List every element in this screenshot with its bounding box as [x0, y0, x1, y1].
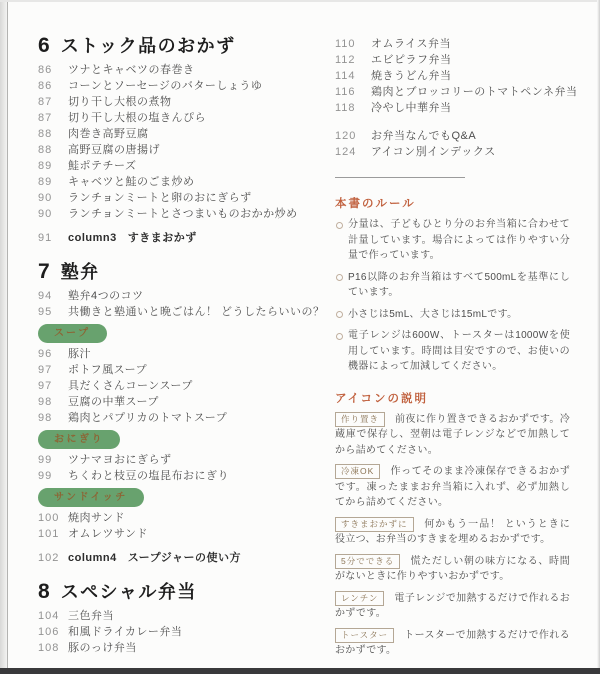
- entry-title: 共働きと塾通いと晩ごはん！ どうしたらいいの？: [68, 304, 325, 320]
- page-number: 94: [38, 288, 68, 304]
- toc-entry: 98豆腐の中華スープ: [38, 394, 326, 410]
- page-number: 106: [38, 624, 68, 640]
- toc-entry: 87切り干し大根の煮物: [38, 94, 326, 110]
- page-number: 96: [38, 346, 68, 362]
- toc-entry: 86ツナとキャベツの春巻き: [38, 62, 326, 78]
- toc-entry: 90ランチョンミートと卵のおにぎらず: [38, 190, 326, 206]
- page-edge-left: [0, 0, 8, 674]
- page-number: 104: [38, 608, 68, 624]
- toc-entry: 88肉巻き高野豆腐: [38, 126, 326, 142]
- sandwich-entries: 100焼肉サンド 101オムレツサンド: [38, 510, 326, 542]
- page-number: 87: [38, 94, 68, 110]
- page-number: 86: [38, 78, 68, 94]
- page-number: 86: [38, 62, 68, 78]
- toc-entry: 104三色弁当: [38, 608, 326, 624]
- icons-heading: アイコンの説明: [335, 390, 570, 406]
- toc-entry: 89キャベツと鮭のごま炒め: [38, 174, 326, 190]
- five-minute-tag-icon: 5分でできる: [335, 554, 400, 569]
- entry-title: エビピラフ弁当: [371, 52, 452, 68]
- entry-title: 豆腐の中華スープ: [68, 394, 159, 410]
- column-title: スープジャーの使い方: [128, 550, 241, 566]
- page-number: 102: [38, 550, 68, 566]
- entry-title: 切り干し大根の煮物: [68, 94, 172, 110]
- toc-entry: 106和風ドライカレー弁当: [38, 624, 326, 640]
- spacer: [335, 116, 570, 128]
- entry-title: 豚汁: [68, 346, 91, 362]
- toc-entry: 90ランチョンミートとさつまいものおかか炒め: [38, 206, 326, 222]
- rule-text: 小さじは5mL、大さじは15mLです。: [348, 309, 517, 320]
- book-rules-section: 本書のルール 分量は、子どもひとり分のお弁当箱に合わせて計量しています。場合によ…: [335, 195, 570, 375]
- toc-entry: 87切り干し大根の塩きんぴら: [38, 110, 326, 126]
- bento-entries: 110オムライス弁当 112エビピラフ弁当 114焼きうどん弁当 116鶏肉とブ…: [335, 36, 570, 116]
- entry-title: キャベツと鮭のごま炒め: [68, 174, 195, 190]
- chapter-title: ストック品のおかず: [61, 32, 236, 58]
- toc-entry: 116鶏肉とブロッコリーのトマトペンネ弁当: [335, 84, 570, 100]
- entry-title: 鶏肉とブロッコリーのトマトペンネ弁当: [371, 84, 577, 100]
- page-number: 101: [38, 526, 68, 542]
- circle-bullet-icon: [336, 333, 343, 340]
- toc-entry: 86コーンとソーセージのバターしょうゆ: [38, 78, 326, 94]
- rule-text: P16以降のお弁当箱はすべて500mLを基準にしています。: [348, 272, 570, 299]
- icon-legend-item: レンチン電子レンジで加熱するだけで作れるおかずです。: [335, 591, 570, 622]
- page-number: 124: [335, 144, 371, 160]
- toc-entry: 89鮭ポテチーズ: [38, 158, 326, 174]
- toc-entry: 99ちくわと枝豆の塩昆布おにぎり: [38, 468, 326, 484]
- page-number: 90: [38, 206, 68, 222]
- page-number: 87: [38, 110, 68, 126]
- entry-title: 和風ドライカレー弁当: [68, 624, 182, 640]
- page-number: 116: [335, 84, 371, 100]
- entry-title: 豚のっけ弁当: [68, 640, 137, 656]
- entry-title: ちくわと枝豆の塩昆布おにぎり: [68, 468, 229, 484]
- rule-item: 分量は、子どもひとり分のお弁当箱に合わせて計量しています。場合によっては作りやす…: [335, 217, 570, 264]
- entry-title: 塾弁4つのコツ: [68, 288, 144, 304]
- toc-entry: 112エビピラフ弁当: [335, 52, 570, 68]
- page-number: 112: [335, 52, 371, 68]
- page-number: 118: [335, 100, 371, 116]
- chapter-8-entries: 104三色弁当 106和風ドライカレー弁当 108豚のっけ弁当: [38, 608, 326, 656]
- toc-entry: 124アイコン別インデックス: [335, 144, 570, 160]
- chapter-title: 塾弁: [61, 258, 100, 284]
- icon-legend-item: 5分でできる慌ただしい朝の味方になる、時間がないときに作りやすいおかずです。: [335, 554, 570, 585]
- icon-legend-item: すきまおかずに何かもう一品！ というときに役立つ、お弁当のすきまを埋めるおかずで…: [335, 517, 570, 548]
- rule-text: 分量は、子どもひとり分のお弁当箱に合わせて計量しています。場合によっては作りやす…: [348, 219, 570, 261]
- circle-bullet-icon: [336, 311, 343, 318]
- category-pill-sandwich: サンドイッチ: [38, 488, 144, 507]
- rule-item: 小さじは5mL、大さじは15mLです。: [335, 307, 570, 323]
- entry-title: 高野豆腐の唐揚げ: [68, 142, 160, 158]
- entry-title: 鮭ポテチーズ: [68, 158, 136, 174]
- toc-entry: 101オムレツサンド: [38, 526, 326, 542]
- page-number: 89: [38, 174, 68, 190]
- chapter-6-entries: 86ツナとキャベツの春巻き 86コーンとソーセージのバターしょうゆ 87切り干し…: [38, 62, 326, 222]
- entry-title: 冷やし中華弁当: [371, 100, 452, 116]
- page-edge-bottom: [0, 668, 600, 674]
- column-note-4: 102 column4 スープジャーの使い方: [38, 550, 326, 566]
- page-number: 110: [335, 36, 371, 52]
- column-tag: column3: [68, 230, 117, 246]
- column-title: すきまおかず: [128, 230, 197, 246]
- entry-title: アイコン別インデックス: [371, 144, 496, 160]
- entry-title: 具だくさんコーンスープ: [68, 378, 193, 394]
- page-number: 98: [38, 394, 68, 410]
- soup-entries: 96豚汁 97ポトフ風スープ 97具だくさんコーンスープ 98豆腐の中華スープ …: [38, 346, 326, 426]
- toc-entry: 95共働きと塾通いと晩ごはん！ どうしたらいいの？: [38, 304, 326, 320]
- toaster-tag-icon: トースター: [335, 628, 394, 643]
- page-number: 91: [38, 230, 68, 246]
- onigiri-entries: 99ツナマヨおにぎらず 99ちくわと枝豆の塩昆布おにぎり: [38, 452, 326, 484]
- toc-entry: 96豚汁: [38, 346, 326, 362]
- icon-legend-item: 作り置き前夜に作り置きできるおかずです。冷蔵庫で保存し、翌朝は電子レンジなどで加…: [335, 412, 570, 459]
- page-number: 98: [38, 410, 68, 426]
- page-number: 97: [38, 378, 68, 394]
- toc-entry: 88高野豆腐の唐揚げ: [38, 142, 326, 158]
- category-pill-onigiri: おにぎり: [38, 430, 120, 449]
- toc-entry: 97具だくさんコーンスープ: [38, 378, 326, 394]
- chapter-number: 6: [38, 34, 50, 58]
- section-divider: [335, 177, 465, 178]
- rules-heading: 本書のルール: [335, 195, 570, 211]
- page-number: 97: [38, 362, 68, 378]
- entry-title: ポトフ風スープ: [68, 362, 147, 378]
- icon-legend-item: トースタートースターで加熱するだけで作れるおかずです。: [335, 628, 570, 659]
- page-number: 120: [335, 128, 371, 144]
- toc-entry: 120お弁当なんでもQ&A: [335, 128, 570, 144]
- page-number: 100: [38, 510, 68, 526]
- book-toc-page: 6 ストック品のおかず 86ツナとキャベツの春巻き 86コーンとソーセージのバタ…: [0, 0, 600, 674]
- page-number: 88: [38, 142, 68, 158]
- microwave-tag-icon: レンチン: [335, 591, 384, 606]
- rule-item: P16以降のお弁当箱はすべて500mLを基準にしています。: [335, 270, 570, 301]
- entry-title: お弁当なんでもQ&A: [371, 128, 476, 144]
- entry-title: 焼きうどん弁当: [371, 68, 452, 84]
- chapter-7-entries: 94塾弁4つのコツ 95共働きと塾通いと晩ごはん！ どうしたらいいの？: [38, 288, 326, 320]
- toc-entry: 99ツナマヨおにぎらず: [38, 452, 326, 468]
- entry-title: 切り干し大根の塩きんぴら: [68, 110, 206, 126]
- chapter-heading-7: 7 塾弁: [38, 258, 326, 284]
- column-tag: column4: [68, 550, 117, 566]
- entry-title: ランチョンミートと卵のおにぎらず: [68, 190, 252, 206]
- page-number: 88: [38, 126, 68, 142]
- page-edge-top: [0, 0, 600, 2]
- column-note-3: 91 column3 すきまおかず: [38, 230, 326, 246]
- entry-title: 焼肉サンド: [68, 510, 125, 526]
- icon-legend-section: アイコンの説明 作り置き前夜に作り置きできるおかずです。冷蔵庫で保存し、翌朝は電…: [335, 390, 570, 659]
- entry-title: ツナマヨおにぎらず: [68, 452, 172, 468]
- entry-title: ランチョンミートとさつまいものおかか炒め: [68, 206, 298, 222]
- page-number: 89: [38, 158, 68, 174]
- chapter-heading-6: 6 ストック品のおかず: [38, 32, 326, 58]
- page-number: 99: [38, 468, 68, 484]
- toc-entry: 118冷やし中華弁当: [335, 100, 570, 116]
- page-number: 114: [335, 68, 371, 84]
- toc-entry: 94塾弁4つのコツ: [38, 288, 326, 304]
- page-number: 99: [38, 452, 68, 468]
- rule-text: 電子レンジは600W、トースターは1000Wを使用しています。時間は目安ですので…: [348, 330, 570, 372]
- page-number: 108: [38, 640, 68, 656]
- toc-entry: 110オムライス弁当: [335, 36, 570, 52]
- rule-item: 電子レンジは600W、トースターは1000Wを使用しています。時間は目安ですので…: [335, 328, 570, 375]
- entry-title: コーンとソーセージのバターしょうゆ: [68, 78, 262, 94]
- toc-entry: 100焼肉サンド: [38, 510, 326, 526]
- gap-filler-tag-icon: すきまおかずに: [335, 517, 414, 532]
- entry-title: 鶏肉とパプリカのトマトスープ: [68, 410, 227, 426]
- toc-entry: 98鶏肉とパプリカのトマトスープ: [38, 410, 326, 426]
- chapter-number: 7: [38, 260, 50, 284]
- make-ahead-tag-icon: 作り置き: [335, 412, 385, 427]
- entry-title: オムライス弁当: [371, 36, 451, 52]
- entry-title: オムレツサンド: [68, 526, 148, 542]
- circle-bullet-icon: [336, 274, 343, 281]
- back-matter-entries: 120お弁当なんでもQ&A 124アイコン別インデックス: [335, 128, 570, 160]
- category-pill-soup: スープ: [38, 324, 107, 343]
- circle-bullet-icon: [336, 222, 343, 229]
- page-number: 90: [38, 190, 68, 206]
- chapter-title: スペシャル弁当: [61, 578, 197, 604]
- toc-right-column: 110オムライス弁当 112エビピラフ弁当 114焼きうどん弁当 116鶏肉とブ…: [335, 36, 570, 659]
- toc-entry: 114焼きうどん弁当: [335, 68, 570, 84]
- icon-legend-item: 冷凍OK作ってそのまま冷凍保存できるおかずです。凍ったままお弁当箱に入れず、必ず…: [335, 464, 570, 511]
- page-number: 95: [38, 304, 68, 320]
- chapter-heading-8: 8 スペシャル弁当: [38, 578, 326, 604]
- toc-left-column: 6 ストック品のおかず 86ツナとキャベツの春巻き 86コーンとソーセージのバタ…: [38, 32, 326, 656]
- entry-title: 肉巻き高野豆腐: [68, 126, 149, 142]
- chapter-number: 8: [38, 580, 50, 604]
- freezer-ok-tag-icon: 冷凍OK: [335, 464, 380, 479]
- toc-entry: 108豚のっけ弁当: [38, 640, 326, 656]
- entry-title: ツナとキャベツの春巻き: [68, 62, 195, 78]
- entry-title: 三色弁当: [68, 608, 114, 624]
- toc-entry: 97ポトフ風スープ: [38, 362, 326, 378]
